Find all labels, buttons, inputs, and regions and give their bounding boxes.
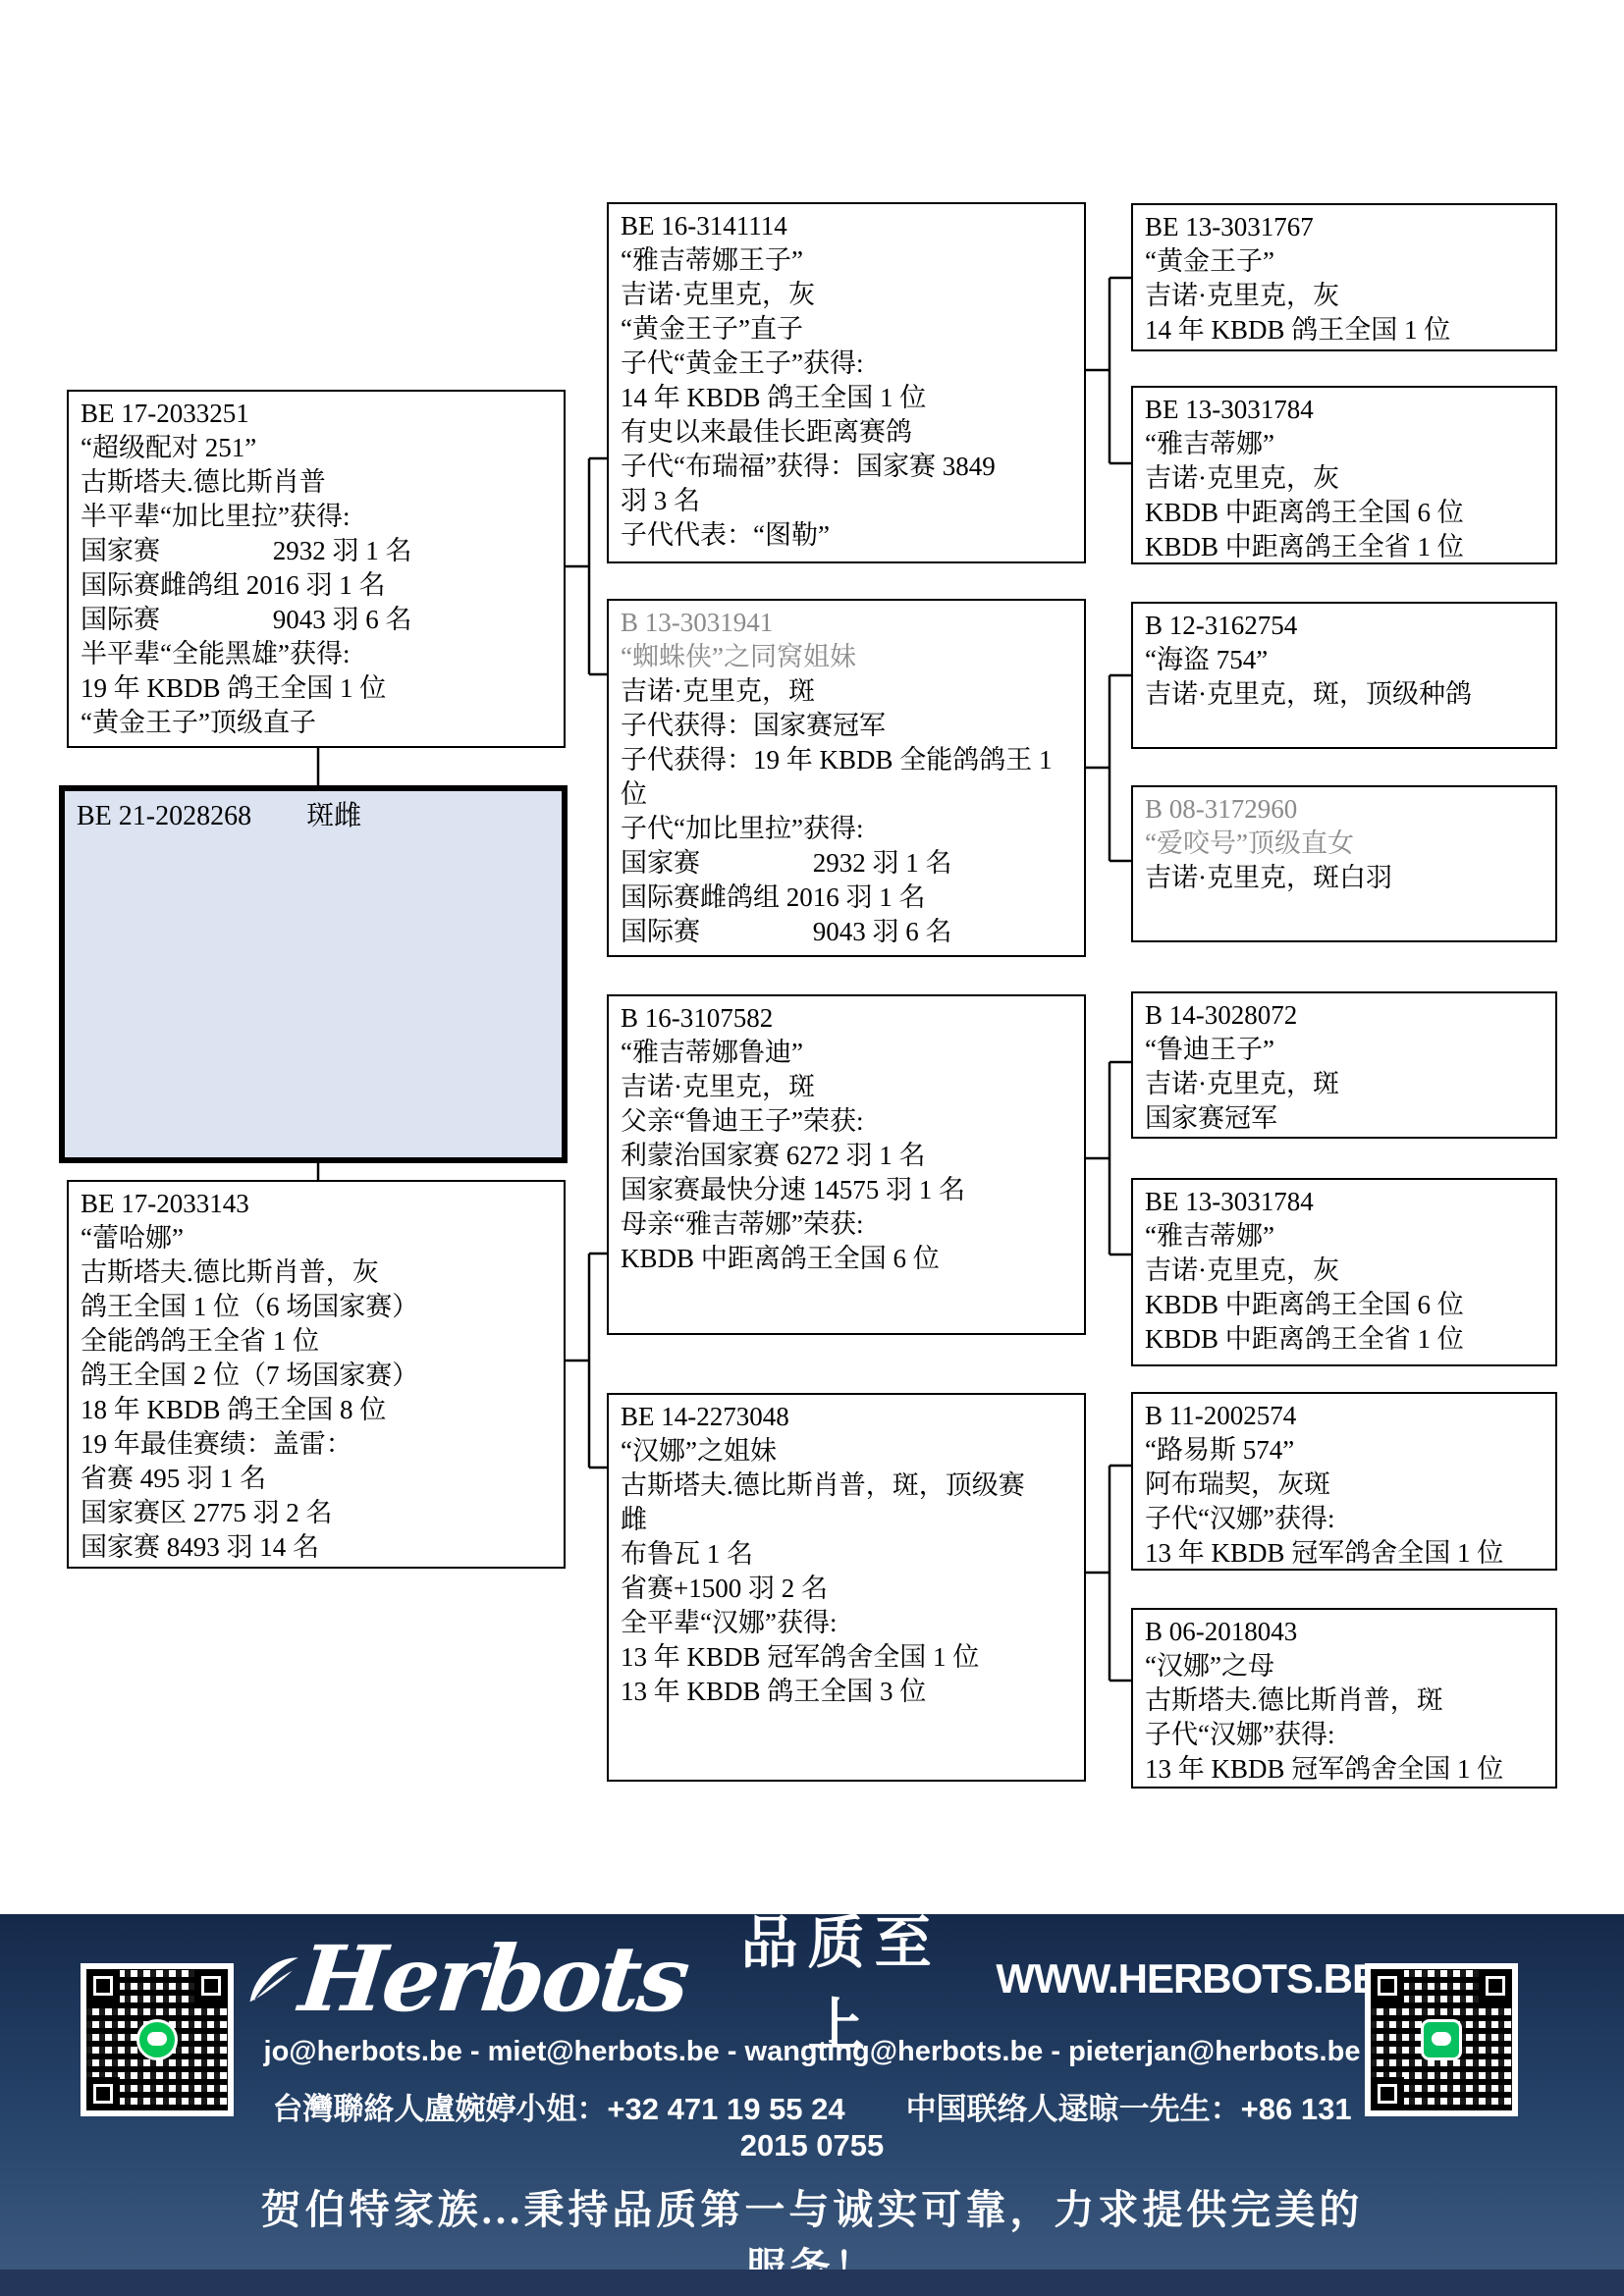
pedigree-box-dam-dam-sire: B 11-2002574“路易斯 574”阿布瑞契，灰斑子代“汉娜”获得:13 … bbox=[1131, 1392, 1557, 1571]
footer-logo-row: Herbots 品质至上 WWW.HERBOTS.BE bbox=[245, 1926, 1379, 2032]
pedigree-box-dam-sire-dam: BE 13-3031784“雅吉蒂娜”吉诺·克里克，灰KBDB 中距离鸽王全国 … bbox=[1131, 1178, 1557, 1366]
pedigree-text-line: BE 13-3031767 bbox=[1145, 210, 1543, 244]
footer-center: Herbots 品质至上 WWW.HERBOTS.BE jo@herbots.b… bbox=[245, 1926, 1379, 2293]
pedigree-text-line: “汉娜”之母 bbox=[1145, 1649, 1543, 1683]
pedigree-text-line: 利蒙治国家赛 6272 羽 1 名 bbox=[621, 1139, 1072, 1173]
pedigree-text-line: 吉诺·克里克，灰 bbox=[1145, 279, 1543, 313]
pedigree-text-line: 国际赛 9043 羽 6 名 bbox=[81, 603, 552, 637]
line-icon bbox=[136, 2019, 178, 2060]
pedigree-text-line: “黄金王子” bbox=[1145, 244, 1543, 279]
pedigree-text-line: 吉诺·克里克，斑，顶级种鸽 bbox=[1145, 677, 1543, 712]
qr-finder-icon bbox=[86, 2077, 120, 2110]
pedigree-box-sire-sire: BE 16-3141114“雅吉蒂娜王子”吉诺·克里克，灰“黄金王子”直子子代“… bbox=[607, 202, 1086, 563]
pedigree-text-line: “蕾哈娜” bbox=[81, 1221, 552, 1255]
pedigree-text-line: 阿布瑞契，灰斑 bbox=[1145, 1468, 1543, 1502]
pedigree-text-line: 国家赛最快分速 14575 羽 1 名 bbox=[621, 1173, 1072, 1207]
pedigree-text-line: 子代“加比里拉”获得: bbox=[621, 812, 1072, 846]
pedigree-text-line: “海盗 754” bbox=[1145, 643, 1543, 677]
pedigree-box-sire-sire-sire: BE 13-3031767“黄金王子”吉诺·克里克，灰14 年 KBDB 鸽王全… bbox=[1131, 203, 1557, 351]
pedigree-box-sire-dam-sire: B 12-3162754“海盗 754”吉诺·克里克，斑，顶级种鸽 bbox=[1131, 602, 1557, 749]
pedigree-text-line: 13 年 KBDB 冠军鸽舍全国 1 位 bbox=[1145, 1752, 1543, 1787]
pedigree-text-line: 19 年最佳赛绩：盖雷： bbox=[81, 1427, 552, 1462]
qr-finder-icon bbox=[1479, 1969, 1512, 2002]
pedigree-text-line: “蜘蛛侠”之同窝姐妹 bbox=[621, 640, 1072, 674]
pedigree-text-line: 子代“汉娜”获得: bbox=[1145, 1718, 1543, 1752]
pedigree-text-line: 国家赛 2932 羽 1 名 bbox=[81, 534, 552, 568]
pedigree-box-dam-dam: BE 14-2273048“汉娜”之姐妹古斯塔夫.德比斯肖普，斑，顶级赛雌布鲁瓦… bbox=[607, 1393, 1086, 1782]
pedigree-text-line: 19 年 KBDB 鸽王全国 1 位 bbox=[81, 671, 552, 706]
page: { "colors": { "box_border": "#000000", "… bbox=[0, 0, 1624, 2296]
footer-bottom-strip bbox=[0, 2269, 1624, 2296]
pedigree-text-line: “汉娜”之姐妹 bbox=[621, 1434, 1072, 1468]
pedigree-text-line: 古斯塔夫.德比斯肖普 bbox=[81, 465, 552, 500]
pedigree-text-line: 国际赛雌鸽组 2016 羽 1 名 bbox=[81, 568, 552, 603]
pedigree-text-line: 子代代表：“图勒” bbox=[621, 518, 1072, 553]
feather-icon bbox=[243, 1951, 305, 2007]
pedigree-text-line: 布鲁瓦 1 名 bbox=[621, 1537, 1072, 1572]
pedigree-text-line: “鲁迪王子” bbox=[1145, 1033, 1543, 1067]
footer-website: WWW.HERBOTS.BE bbox=[996, 1955, 1379, 2002]
pedigree-text-line: 国家赛 8493 羽 14 名 bbox=[81, 1530, 552, 1565]
qr-finder-icon bbox=[86, 1969, 120, 2002]
pedigree-text-line: 雌 bbox=[621, 1503, 1072, 1537]
pedigree-text-line: 14 年 KBDB 鸽王全国 1 位 bbox=[621, 381, 1072, 415]
pedigree-text-line: BE 16-3141114 bbox=[621, 209, 1072, 243]
pedigree-text-line: 国家赛冠军 bbox=[1145, 1101, 1543, 1136]
wechat-qr-code bbox=[1365, 1963, 1518, 2116]
pedigree-text-line: 鸽王全国 1 位（6 场国家赛） bbox=[81, 1290, 552, 1324]
qr-finder-icon bbox=[1371, 2077, 1404, 2110]
pedigree-text-line: B 13-3031941 bbox=[621, 606, 1072, 640]
pedigree-text-line: 子代“汉娜”获得: bbox=[1145, 1502, 1543, 1536]
pedigree-text-line: “雅吉蒂娜鲁迪” bbox=[621, 1036, 1072, 1070]
pedigree-text-line: BE 21-2028268 斑雌 bbox=[77, 799, 550, 833]
pedigree-text-line: 吉诺·克里克，斑白羽 bbox=[1145, 861, 1543, 895]
qr-finder-icon bbox=[1371, 1969, 1404, 2002]
pedigree-text-line: B 16-3107582 bbox=[621, 1001, 1072, 1036]
pedigree-text-line: 吉诺·克里克，灰 bbox=[1145, 461, 1543, 496]
pedigree-text-line: KBDB 中距离鸽王全省 1 位 bbox=[1145, 530, 1543, 564]
pedigree-text-line: B 08-3172960 bbox=[1145, 792, 1543, 827]
pedigree-text-line: 国际赛雌鸽组 2016 羽 1 名 bbox=[621, 881, 1072, 915]
pedigree-text-line: 国家赛 2932 羽 1 名 bbox=[621, 846, 1072, 881]
pedigree-text-line: 13 年 KBDB 冠军鸽舍全国 1 位 bbox=[621, 1640, 1072, 1675]
pedigree-text-line: 羽 3 名 bbox=[621, 484, 1072, 518]
pedigree-text-line: “黄金王子”直子 bbox=[621, 312, 1072, 347]
pedigree-text-line: 子代获得：国家赛冠军 bbox=[621, 709, 1072, 743]
herbots-logo-text: Herbots bbox=[295, 1926, 691, 2032]
pedigree-text-line: 古斯塔夫.德比斯肖普，灰 bbox=[81, 1255, 552, 1290]
pedigree-box-dam-sire-sire: B 14-3028072“鲁迪王子”吉诺·克里克，斑国家赛冠军 bbox=[1131, 991, 1557, 1139]
pedigree-text-line: BE 17-2033251 bbox=[81, 397, 552, 431]
pedigree-text-line: 13 年 KBDB 鸽王全国 3 位 bbox=[621, 1675, 1072, 1709]
qr-modules bbox=[86, 1969, 228, 2110]
pedigree-text-line: “雅吉蒂娜王子” bbox=[621, 243, 1072, 278]
pedigree-text-line: “黄金王子”顶级直子 bbox=[81, 706, 552, 740]
pedigree-box-dam-dam-dam: B 06-2018043“汉娜”之母古斯塔夫.德比斯肖普，斑子代“汉娜”获得:1… bbox=[1131, 1608, 1557, 1789]
wechat-icon bbox=[1421, 2019, 1462, 2060]
pedigree-text-line: “路易斯 574” bbox=[1145, 1433, 1543, 1468]
pedigree-box-sire-dam-dam: B 08-3172960“爱咬号”顶级直女吉诺·克里克，斑白羽 bbox=[1131, 785, 1557, 942]
qr-finder-icon bbox=[194, 1969, 228, 2002]
pedigree-text-line: 国际赛 9043 羽 6 名 bbox=[621, 915, 1072, 949]
pedigree-text-line: 父亲“鲁迪王子”荣获: bbox=[621, 1104, 1072, 1139]
pedigree-text-line: 18 年 KBDB 鸽王全国 8 位 bbox=[81, 1393, 552, 1427]
pedigree-text-line: KBDB 中距离鸽王全省 1 位 bbox=[1145, 1322, 1543, 1357]
pedigree-text-line: 有史以来最佳长距离赛鸽 bbox=[621, 415, 1072, 450]
pedigree-text-line: KBDB 中距离鸽王全国 6 位 bbox=[1145, 496, 1543, 530]
pedigree-text-line: 吉诺·克里克，灰 bbox=[1145, 1254, 1543, 1288]
pedigree-text-line: BE 17-2033143 bbox=[81, 1187, 552, 1221]
pedigree-text-line: 省赛 495 羽 1 名 bbox=[81, 1462, 552, 1496]
pedigree-text-line: BE 13-3031784 bbox=[1145, 1185, 1543, 1219]
pedigree-text-line: 吉诺·克里克，斑 bbox=[1145, 1067, 1543, 1101]
pedigree-text-line: 吉诺·克里克，斑 bbox=[621, 674, 1072, 709]
pedigree-text-line: “超级配对 251” bbox=[81, 431, 552, 465]
pedigree-text-line: 子代“布瑞福”获得：国家赛 3849 bbox=[621, 450, 1072, 484]
pedigree-box-sire-sire-dam: BE 13-3031784“雅吉蒂娜”吉诺·克里克，灰KBDB 中距离鸽王全国 … bbox=[1131, 386, 1557, 564]
pedigree-text-line: 14 年 KBDB 鸽王全国 1 位 bbox=[1145, 313, 1543, 347]
pedigree-text-line: 全平辈“汉娜”获得: bbox=[621, 1606, 1072, 1640]
pedigree-text-line: KBDB 中距离鸽王全国 6 位 bbox=[1145, 1288, 1543, 1322]
pedigree-text-line: KBDB 中距离鸽王全国 6 位 bbox=[621, 1242, 1072, 1276]
qr-modules bbox=[1371, 1969, 1512, 2110]
pedigree-text-line: 吉诺·克里克，灰 bbox=[621, 278, 1072, 312]
subject-box: BE 21-2028268 斑雌 bbox=[59, 785, 568, 1163]
pedigree-text-line: 半平辈“全能黑雄”获得: bbox=[81, 637, 552, 671]
pedigree-text-line: “雅吉蒂娜” bbox=[1145, 1219, 1543, 1254]
pedigree-text-line: “爱咬号”顶级直女 bbox=[1145, 827, 1543, 861]
line-qr-code bbox=[81, 1963, 234, 2116]
pedigree-box-dam: BE 17-2033143“蕾哈娜”古斯塔夫.德比斯肖普，灰鸽王全国 1 位（6… bbox=[67, 1180, 566, 1569]
pedigree-text-line: 半平辈“加比里拉”获得: bbox=[81, 500, 552, 534]
pedigree-text-line: B 14-3028072 bbox=[1145, 998, 1543, 1033]
pedigree-text-line: 位 bbox=[621, 777, 1072, 812]
pedigree-box-dam-sire: B 16-3107582“雅吉蒂娜鲁迪”吉诺·克里克，斑父亲“鲁迪王子”荣获:利… bbox=[607, 994, 1086, 1335]
pedigree-text-line: B 11-2002574 bbox=[1145, 1399, 1543, 1433]
pedigree-text-line: 全能鸽鸽王全省 1 位 bbox=[81, 1324, 552, 1359]
pedigree-text-line: 古斯塔夫.德比斯肖普，斑，顶级赛 bbox=[621, 1468, 1072, 1503]
pedigree-text-line: 鸽王全国 2 位（7 场国家赛） bbox=[81, 1359, 552, 1393]
pedigree-text-line: 古斯塔夫.德比斯肖普，斑 bbox=[1145, 1683, 1543, 1718]
pedigree-box-sire-dam: B 13-3031941“蜘蛛侠”之同窝姐妹吉诺·克里克，斑子代获得：国家赛冠军… bbox=[607, 599, 1086, 957]
pedigree-text-line: “雅吉蒂娜” bbox=[1145, 427, 1543, 461]
pedigree-text-line: 吉诺·克里克，斑 bbox=[621, 1070, 1072, 1104]
pedigree-text-line: B 12-3162754 bbox=[1145, 609, 1543, 643]
pedigree-text-line: BE 14-2273048 bbox=[621, 1400, 1072, 1434]
pedigree-box-sire: BE 17-2033251“超级配对 251”古斯塔夫.德比斯肖普半平辈“加比里… bbox=[67, 390, 566, 748]
pedigree-text-line: 子代获得：19 年 KBDB 全能鸽鸽王 1 bbox=[621, 743, 1072, 777]
pedigree-text-line: 省赛+1500 羽 2 名 bbox=[621, 1572, 1072, 1606]
footer-emails: jo@herbots.be - miet@herbots.be - wangti… bbox=[245, 2036, 1379, 2068]
pedigree-text-line: 子代“黄金王子”获得: bbox=[621, 347, 1072, 381]
footer-contacts: 台灣聯絡人盧婉婷小姐：+32 471 19 55 24 中国联络人逯晾一先生：+… bbox=[245, 2084, 1379, 2163]
pedigree-text-line: BE 13-3031784 bbox=[1145, 393, 1543, 427]
pedigree-text-line: 国家赛区 2775 羽 2 名 bbox=[81, 1496, 552, 1530]
herbots-logo: Herbots bbox=[240, 1926, 691, 2032]
pedigree-text-line: 母亲“雅吉蒂娜”荣获: bbox=[621, 1207, 1072, 1242]
pedigree-text-line: B 06-2018043 bbox=[1145, 1615, 1543, 1649]
pedigree-text-line: 13 年 KBDB 冠军鸽舍全国 1 位 bbox=[1145, 1536, 1543, 1571]
